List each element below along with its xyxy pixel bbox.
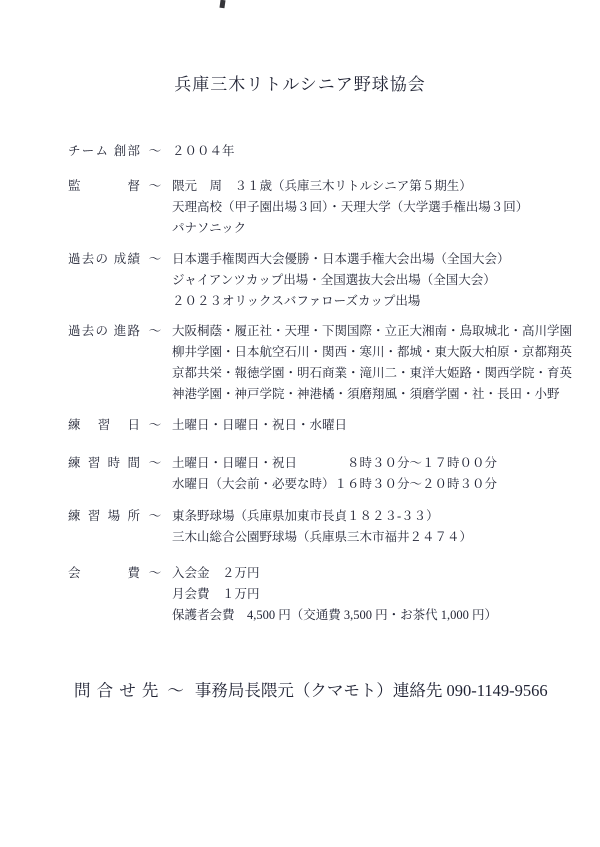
field-label: 会費 — [68, 563, 140, 584]
tilde-separator: ～ — [140, 415, 170, 436]
row-fees: 会費 ～ 入会金 ２万円 月会費 １万円 保護者会費 4,500 円（交通費 3… — [0, 563, 600, 626]
row-practice-locations: 練習場所 ～ 東条野球場（兵庫県加東市長貞１８２３-３３） 三木山総合公園野球場… — [0, 506, 600, 548]
field-label: 練習日 — [68, 415, 140, 436]
field-line: 天理高校（甲子園出場３回）・天理大学（大学選手権出場３回） — [172, 197, 600, 218]
field-line: 神港学園・神戸学院・神港橘・須磨翔風・須磨学園・社・長田・小野 — [172, 384, 600, 405]
row-practice-days: 練習日 ～ 土曜日・日曜日・祝日・水曜日 — [0, 415, 600, 436]
field-line: 柳井学園・日本航空石川・関西・寒川・都城・東大阪大柏原・京都翔英 — [172, 342, 600, 363]
field-value: 入会金 ２万円 月会費 １万円 保護者会費 4,500 円（交通費 3,500 … — [170, 563, 600, 626]
tilde-separator: ～ — [140, 506, 170, 527]
tilde-separator: ～ — [140, 321, 170, 342]
field-line: パナソニック — [172, 218, 600, 239]
row-manager: 監督 ～ 隈元 周 ３１歳（兵庫三木リトルシニア第５期生） 天理高校（甲子園出場… — [0, 176, 600, 239]
tilde-separator: ～ — [140, 141, 170, 162]
field-line: 水曜日（大会前・必要な時）１６時３０分～２０時３０分 — [172, 474, 600, 495]
contact-label: 問 合 せ 先 — [74, 681, 159, 700]
field-value: 大阪桐蔭・履正社・天理・下関国際・立正大湘南・鳥取城北・高川学園 柳井学園・日本… — [170, 321, 600, 405]
field-value: 東条野球場（兵庫県加東市長貞１８２３-３３） 三木山総合公園野球場（兵庫県三木市… — [170, 506, 600, 548]
field-line: 日本選手権関西大会優勝・日本選手権大会出場（全国大会） — [172, 249, 600, 270]
contact-row: 問 合 せ 先～事務局長隈元（クマモト）連絡先 090-1149-9566 — [0, 678, 600, 703]
field-line: ２０２３オリックスバファローズカップ出場 — [172, 291, 600, 312]
field-line: 大阪桐蔭・履正社・天理・下関国際・立正大湘南・鳥取城北・高川学園 — [172, 321, 600, 342]
field-line: 土曜日・日曜日・祝日・水曜日 — [172, 415, 600, 436]
tilde-separator: ～ — [140, 176, 170, 197]
row-practice-hours: 練習時間 ～ 土曜日・日曜日・祝日 ８時３０分～１７時００分 水曜日（大会前・必… — [0, 453, 600, 495]
row-past-schools: 過去の 進路 ～ 大阪桐蔭・履正社・天理・下関国際・立正大湘南・鳥取城北・高川学… — [0, 321, 600, 405]
row-team-founded: チーム 創部 ～ ２００４年 — [0, 141, 600, 162]
field-label: 過去の 成績 — [68, 249, 140, 270]
tilde-separator: ～ — [140, 249, 170, 270]
tilde-separator: ～ — [167, 681, 184, 700]
scanned-document-page: 兵庫三木リトルシニア野球協会 チーム 創部 ～ ２００４年 監督 ～ 隈元 周 … — [0, 0, 600, 847]
field-line: 月会費 １万円 — [172, 584, 600, 605]
field-line: 土曜日・日曜日・祝日 ８時３０分～１７時００分 — [172, 453, 600, 474]
field-line: ２００４年 — [172, 141, 600, 162]
field-label: 過去の 進路 — [68, 321, 140, 342]
field-line: 保護者会費 4,500 円（交通費 3,500 円・お茶代 1,000 円） — [172, 605, 600, 626]
field-line: 東条野球場（兵庫県加東市長貞１８２３-３３） — [172, 506, 600, 527]
field-value: 土曜日・日曜日・祝日 ８時３０分～１７時００分 水曜日（大会前・必要な時）１６時… — [170, 453, 600, 495]
field-line: 京都共栄・報徳学園・明石商業・滝川二・東洋大姫路・関西学院・育英 — [172, 363, 600, 384]
page-title: 兵庫三木リトルシニア野球協会 — [0, 0, 600, 96]
field-label: チーム 創部 — [68, 141, 140, 162]
field-label: 練習時間 — [68, 453, 140, 474]
tilde-separator: ～ — [140, 453, 170, 474]
field-line: 隈元 周 ３１歳（兵庫三木リトルシニア第５期生） — [172, 176, 600, 197]
field-value: ２００４年 — [170, 141, 600, 162]
field-label: 監督 — [68, 176, 140, 197]
field-value: 日本選手権関西大会優勝・日本選手権大会出場（全国大会） ジャイアンツカップ出場・… — [170, 249, 600, 312]
tilde-separator: ～ — [140, 563, 170, 584]
field-value: 土曜日・日曜日・祝日・水曜日 — [170, 415, 600, 436]
info-fields: チーム 創部 ～ ２００４年 監督 ～ 隈元 周 ３１歳（兵庫三木リトルシニア第… — [0, 141, 600, 626]
field-value: 隈元 周 ３１歳（兵庫三木リトルシニア第５期生） 天理高校（甲子園出場３回）・天… — [170, 176, 600, 239]
field-line: 入会金 ２万円 — [172, 563, 600, 584]
row-past-results: 過去の 成績 ～ 日本選手権関西大会優勝・日本選手権大会出場（全国大会） ジャイ… — [0, 249, 600, 312]
contact-info: 事務局長隈元（クマモト）連絡先 090-1149-9566 — [195, 681, 548, 700]
field-label: 練習場所 — [68, 506, 140, 527]
field-line: 三木山総合公園野球場（兵庫県三木市福井２４７４） — [172, 527, 600, 548]
field-line: ジャイアンツカップ出場・全国選抜大会出場（全国大会） — [172, 270, 600, 291]
